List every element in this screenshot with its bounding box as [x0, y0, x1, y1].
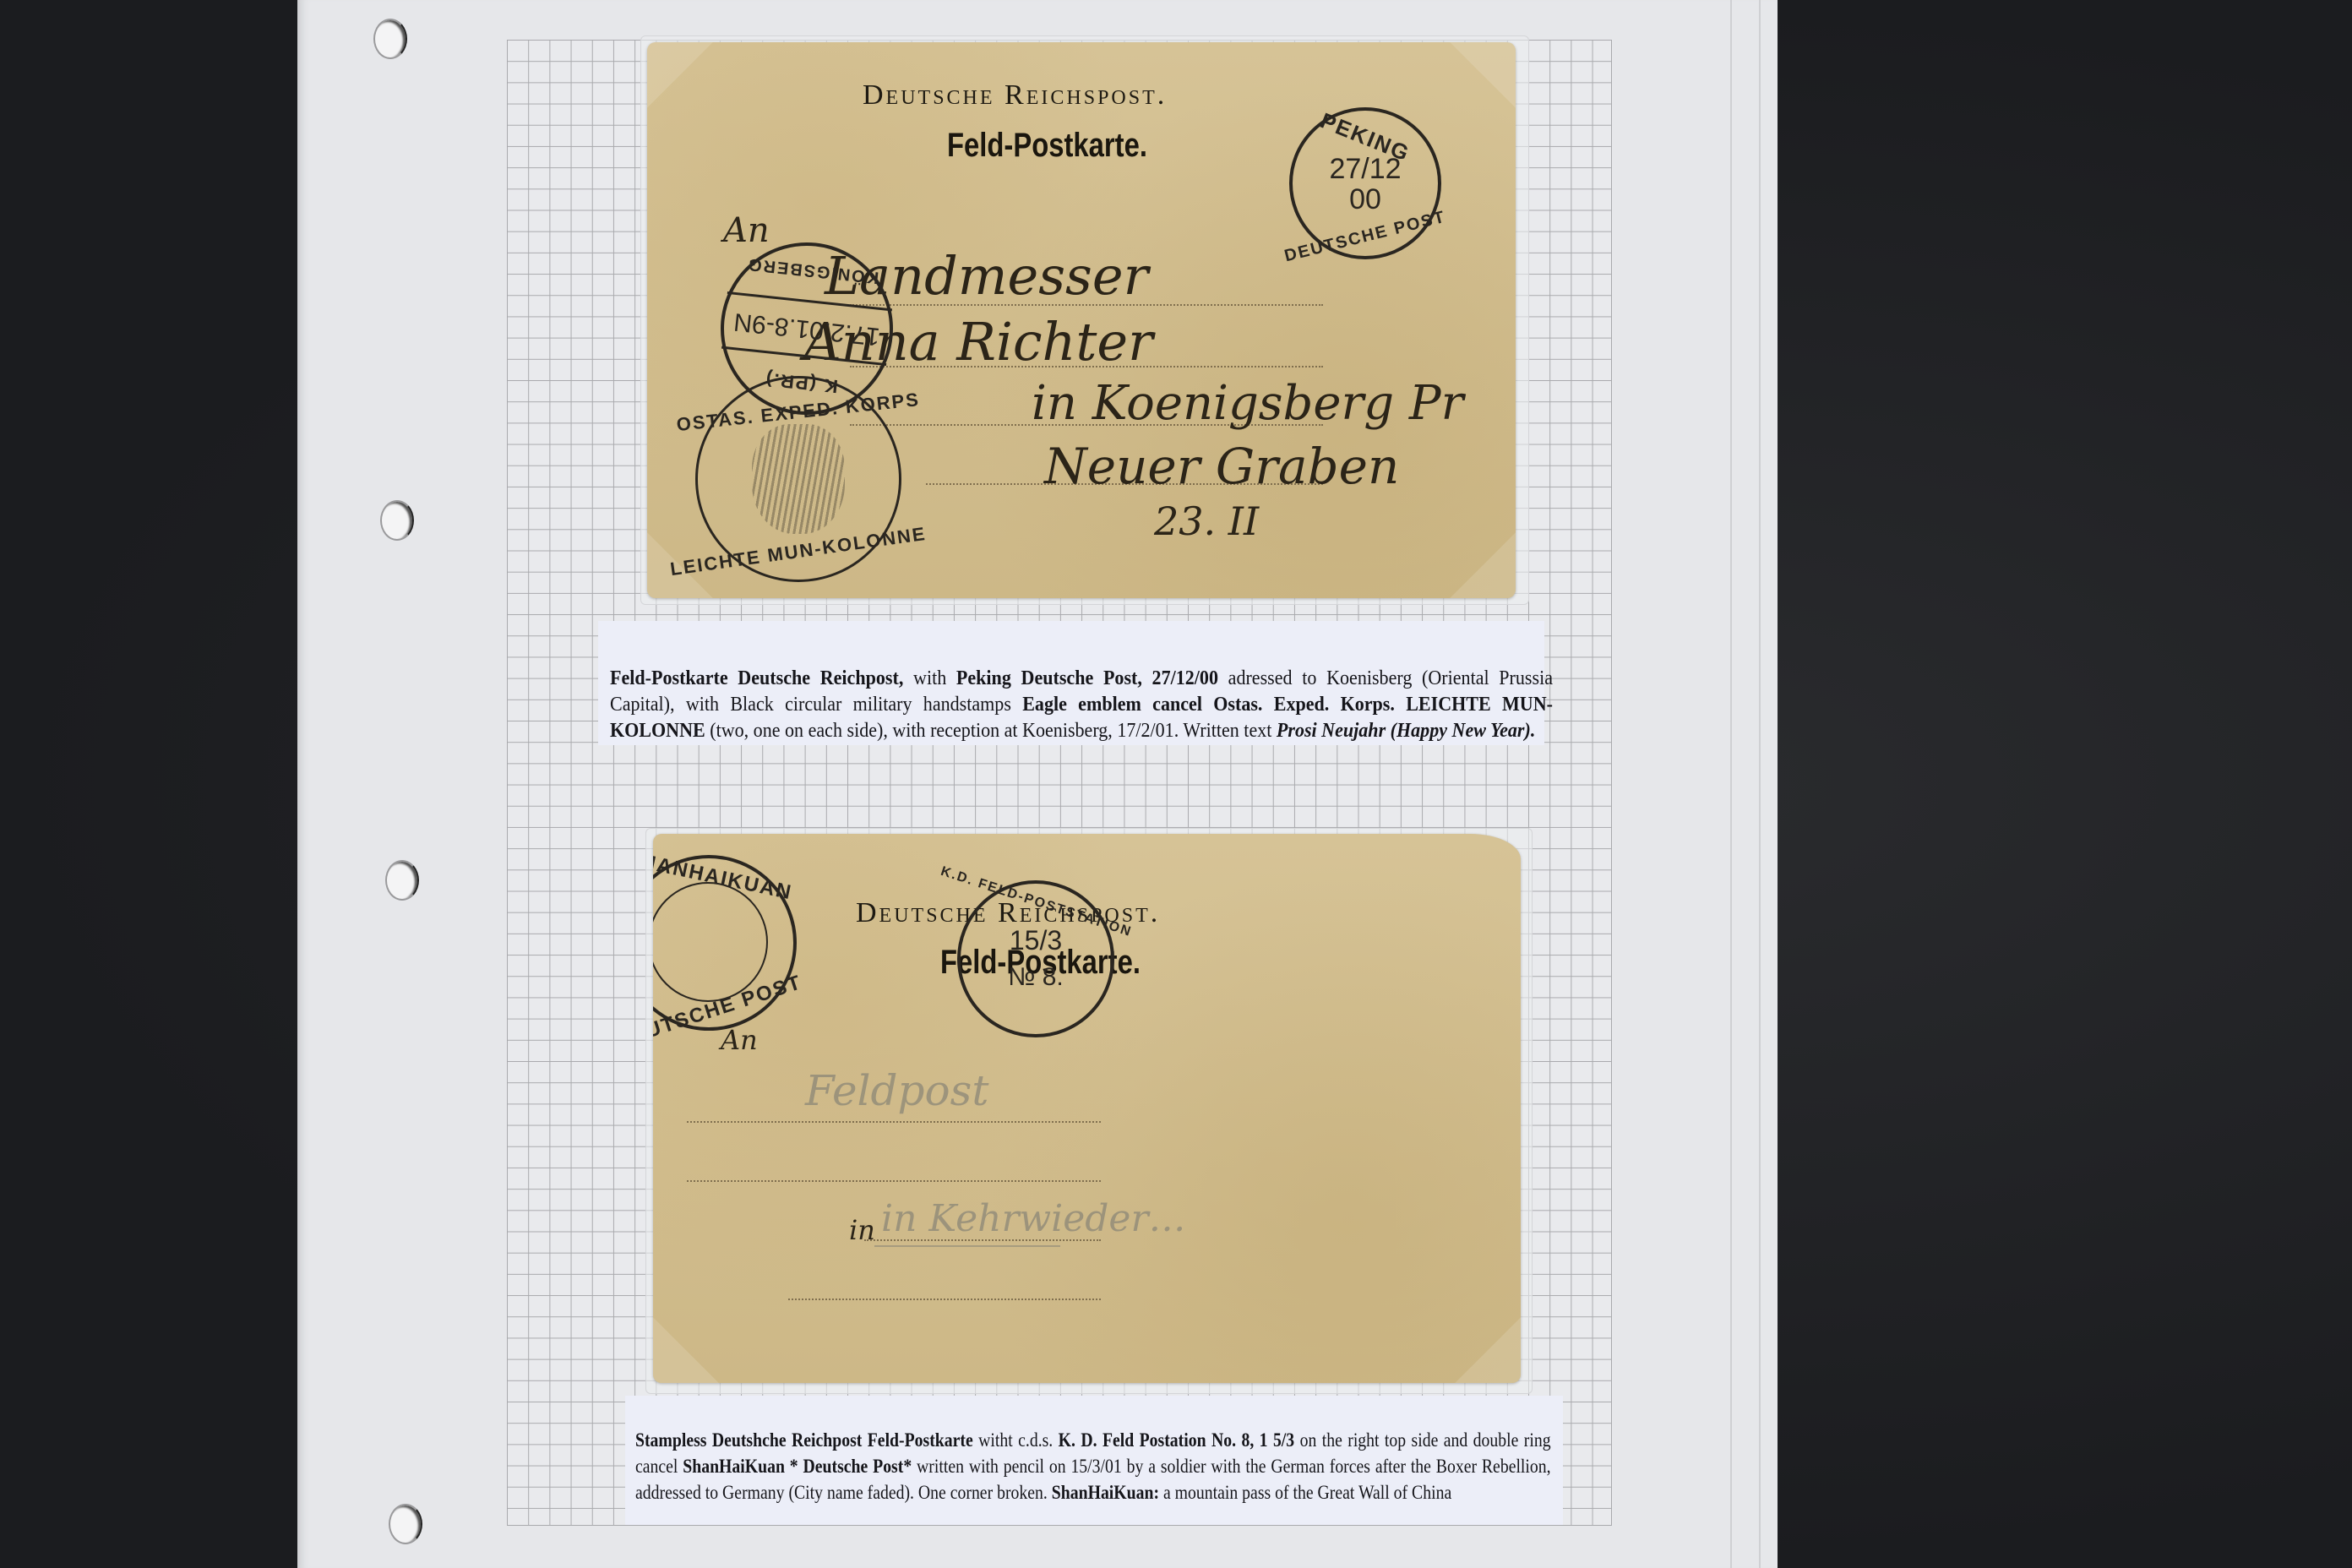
caption-segment: ShanHaiKuan: [1052, 1482, 1159, 1504]
caption-segment: Feld-Postkarte Deutsche Reichpost, [610, 667, 903, 689]
address-line-3: in Koenigsberg Pr [1032, 376, 1463, 431]
eagle-emblem-military-cancel: OSTAS. EXPED. KORPS LEICHTE MUN-KOLONNE [695, 376, 901, 582]
in-label: in [849, 1214, 875, 1246]
postmark-bridge [721, 291, 892, 366]
postmark-number: № 8. [1008, 964, 1064, 991]
punch-hole [385, 860, 419, 901]
postcard-shanhaikuan[interactable]: Deutsche Reichspost. Feld-Postkarte. An … [653, 834, 1521, 1383]
mount-corner [1450, 42, 1516, 108]
card-header: Deutsche Reichspost. [863, 79, 1167, 112]
page-edge-line [1759, 0, 1761, 1568]
postmark-country: DEUTSCHE POST [1282, 209, 1447, 266]
punch-hole [373, 19, 407, 59]
postcard-peking[interactable]: Deutsche Reichspost. Feld-Postkarte. An … [647, 42, 1516, 598]
punch-hole [380, 500, 414, 541]
caption-segment: witht c.d.s. [973, 1429, 1059, 1451]
feldpoststation-no8-postmark: K.D. FELD-POSTSTATION 15/3 № 8. [957, 880, 1114, 1037]
mount-corner [653, 1317, 719, 1383]
page-edge-line [1730, 0, 1732, 1568]
shanhaikuan-double-ring-cancel: SHANHAIKUAN DEUTSCHE POST [653, 855, 797, 1031]
house-number: 23. II [1154, 498, 1259, 544]
address-line [687, 1180, 1101, 1182]
caption-segment: Stampless Deutshche Reichpost Feld-Postk… [635, 1429, 973, 1451]
caption-shanhaikuan-card: Stampless Deutshche Reichpost Feld-Postk… [625, 1396, 1563, 1525]
mount-corner [1455, 1317, 1521, 1383]
eagle-emblem-icon [752, 424, 845, 534]
salutation: An [723, 211, 770, 250]
caption-peking-card: Feld-Postkarte Deutsche Reichpost, with … [598, 621, 1544, 745]
pencil-underline [874, 1245, 1060, 1247]
peking-postmark: PEKING 27/12 00 DEUTSCHE POST [1289, 107, 1441, 259]
mount-corner [1450, 532, 1516, 598]
postmark-date: 15/3 [1010, 927, 1062, 955]
caption-segment: (two, one on each side), with reception … [705, 719, 1277, 742]
caption-segment: a mountain pass of the Great Wall of Chi… [1159, 1482, 1451, 1504]
address-line-4: Neuer Graben [1044, 438, 1399, 495]
caption-segment: K. D. Feld Postation No. 8, 1 5/3 [1059, 1429, 1295, 1451]
address-line [788, 1298, 1101, 1300]
caption-segment: Peking Deutsche Post, 27/12/00 [956, 667, 1218, 689]
caption-segment: ShanHaiKuan * Deutsche Post* [683, 1456, 912, 1478]
inner-ring [653, 882, 768, 1002]
caption-segment: Prosi Neujahr (Happy New Year). [1277, 719, 1535, 742]
card-title: Feld-Postkarte. [947, 127, 1147, 165]
pencil-feldpost: Feldpost [805, 1066, 988, 1115]
postmark-year: 00 [1349, 185, 1381, 215]
caption-segment: with [903, 667, 956, 689]
pencil-city-faded: in Kehrwieder… [881, 1197, 1186, 1240]
address-line [687, 1121, 1101, 1123]
mount-corner [647, 42, 713, 108]
punch-hole [389, 1504, 422, 1544]
